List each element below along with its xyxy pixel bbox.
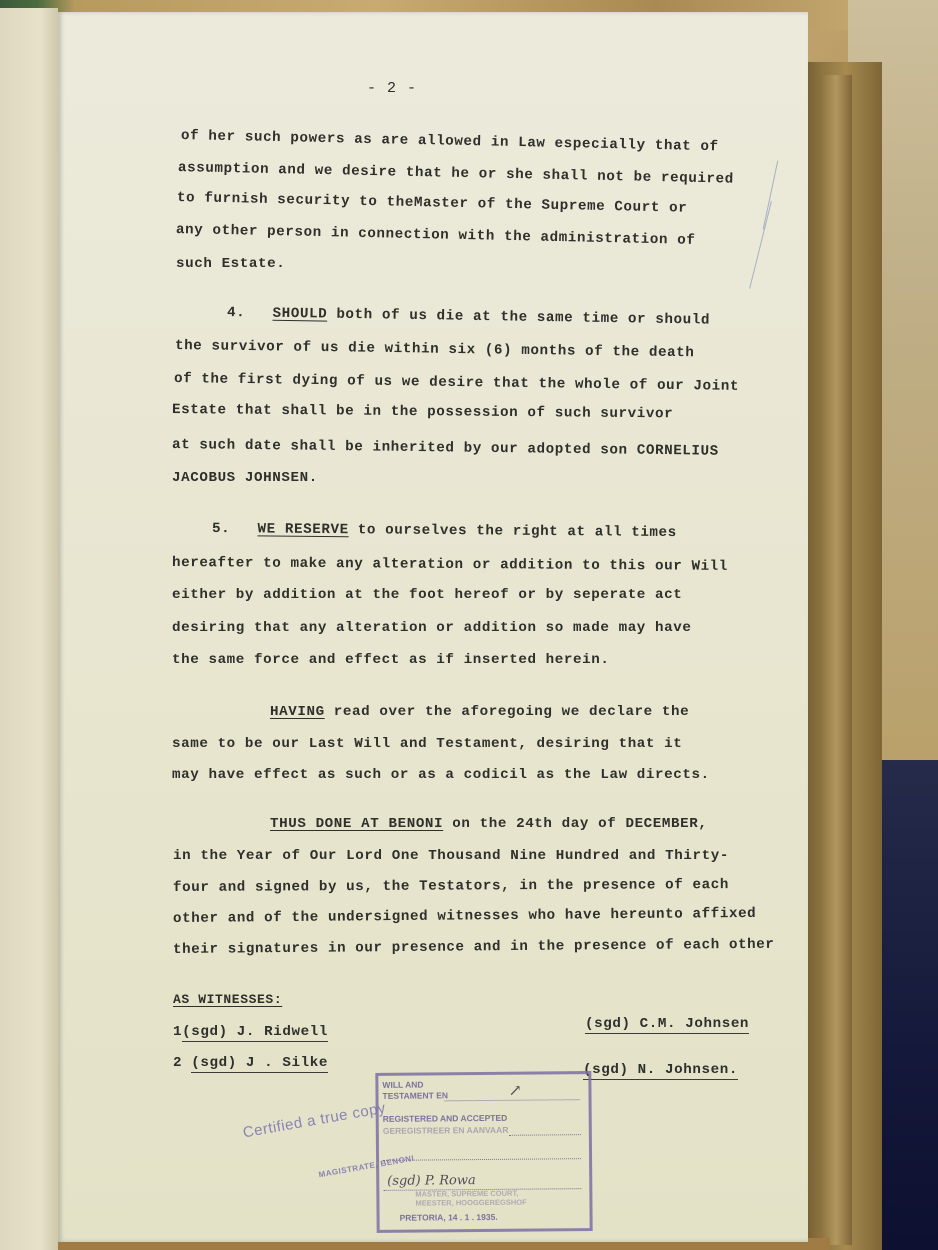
text-line: may have effect as such or as a codicil … [172, 767, 710, 783]
text-line: same to be our Last Will and Testament, … [172, 736, 682, 752]
tick-mark-icon: ↗ [508, 1081, 522, 1100]
witness-signature: (sgd) J. Ridwell [182, 1024, 328, 1042]
text-line: desiring that any alteration or addition… [172, 620, 692, 636]
witness-1: 1(sgd) J. Ridwell [173, 1024, 328, 1040]
text-line: four and signed by us, the Testators, in… [173, 877, 729, 896]
witness-number: 2 [173, 1055, 182, 1071]
clause-heading: SHOULD [272, 306, 327, 323]
stamp-line: REGISTERED AND ACCEPTED [383, 1113, 508, 1124]
witnesses-heading-text: AS WITNESSES: [173, 992, 282, 1007]
text-line: either by addition at the foot hereof or… [172, 587, 682, 603]
clause-number: 4. [227, 305, 245, 321]
witnesses-heading: AS WITNESSES: [173, 992, 282, 1007]
testator-2: (sgd) N. Johnsen. [583, 1062, 738, 1078]
thus-done-first-line: THUS DONE AT BENONI on the 24th day of D… [270, 816, 707, 832]
clause-text: to ourselves the right at all times [349, 522, 677, 541]
paragraph-heading: HAVING [270, 704, 325, 720]
clause-number: 5. [212, 521, 230, 537]
having-first-line: HAVING read over the aforegoing we decla… [270, 704, 689, 720]
text-line: the same force and effect as if inserted… [172, 652, 609, 668]
folder-flap-fold [820, 75, 852, 1245]
stamp-line: GEREGISTREER EN AANVAAR [383, 1125, 509, 1136]
witness-signature: (sgd) J . Silke [191, 1055, 328, 1073]
testator-signature: (sgd) C.M. Johnsen [585, 1016, 749, 1034]
stamp-line: TESTAMENT EN [382, 1090, 448, 1101]
testator-1: (sgd) C.M. Johnsen [585, 1016, 749, 1032]
stamp-line: WILL AND [382, 1080, 423, 1090]
stamp-line: MEESTER, HOOGGEREGSHOF [415, 1198, 526, 1208]
stamp-dotted-rule [383, 1158, 581, 1161]
text-line: JACOBUS JOHNSEN. [172, 470, 318, 486]
paragraph-text: read over the aforegoing we declare the [325, 704, 690, 720]
witness-2: 2 (sgd) J . Silke [173, 1055, 328, 1071]
page-number: - 2 - [367, 80, 417, 97]
registry-stamp: WILL AND TESTAMENT EN ↗ REGISTERED AND A… [375, 1071, 592, 1233]
text-line: such Estate. [176, 256, 285, 272]
paragraph-text: on the 24th day of DECEMBER, [443, 816, 707, 832]
clause-heading: WE RESERVE [258, 521, 349, 538]
previous-page-edge [0, 8, 58, 1250]
paragraph-heading: THUS DONE AT BENONI [270, 816, 443, 832]
stamp-dotted-rule [509, 1134, 581, 1136]
stamp-date: PRETORIA, 14 . 1 . 1935. [400, 1212, 498, 1223]
witness-number: 1 [173, 1024, 182, 1040]
testator-signature: (sgd) N. Johnsen. [583, 1062, 738, 1080]
registrar-signature: (sgd) P. Rowa [387, 1173, 476, 1189]
text-line: in the Year of Our Lord One Thousand Nin… [173, 848, 729, 864]
